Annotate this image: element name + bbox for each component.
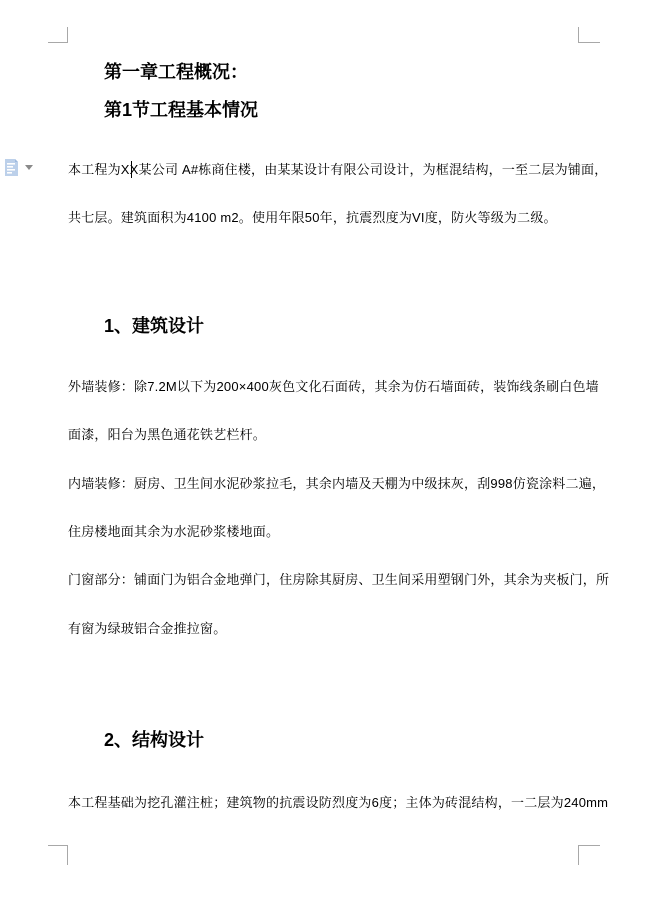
- section2-heading: 2、结构设计: [104, 730, 204, 750]
- exterior-wall-line-1: 外墙装修：除7.2M以下为200×400灰色文化石面砖，其余为仿石墙面砖，装饰线…: [68, 378, 599, 396]
- chapter-heading: 第一章工程概况：: [104, 62, 248, 82]
- margin-crop-mark-top-right: [578, 27, 600, 43]
- text-cursor: [131, 161, 132, 178]
- dropdown-arrow-icon: [25, 165, 33, 170]
- doors-windows-line-2: 有窗为绿玻铝合金推拉窗。: [68, 620, 226, 638]
- doors-windows-line-1: 门窗部分：铺面门为铝合金地弹门，住房除其厨房、卫生间采用塑钢门外，其余为夹板门，…: [68, 571, 609, 589]
- intro-paragraph-line-1: 本工程为XX某公司 A#栋商住楼，由某某设计有限公司设计，为框混结构，一至二层为…: [68, 161, 607, 179]
- section1-heading: 1、建筑设计: [104, 316, 204, 336]
- document-page: 第一章工程概况： 第1节工程基本情况 本工程为XX某公司 A#栋商住楼，由某某设…: [0, 0, 647, 905]
- margin-crop-mark-top-left: [48, 27, 68, 43]
- document-with-lines-icon: [4, 158, 19, 177]
- intro-paragraph-line-2: 共七层。建筑面积为4100 m2。使用年限50年，抗震烈度为VI度，防火等级为二…: [68, 209, 557, 227]
- interior-wall-line-1: 内墙装修：厨房、卫生间水泥砂浆拉毛，其余内墙及天棚为中级抹灰，刮998仿瓷涂料二…: [68, 475, 605, 493]
- autocorrect-options-button[interactable]: [4, 155, 38, 179]
- margin-crop-mark-bottom-right: [578, 845, 600, 865]
- structure-paragraph-line-1: 本工程基础为挖孔灌注桩；建筑物的抗震设防烈度为6度；主体为砖混结构，一二层为24…: [68, 794, 608, 812]
- interior-wall-line-2: 住房楼地面其余为水泥砂浆楼地面。: [68, 523, 279, 541]
- exterior-wall-line-2: 面漆，阳台为黑色通花铁艺栏杆。: [68, 426, 266, 444]
- section-heading: 第1节工程基本情况: [104, 100, 258, 120]
- margin-crop-mark-bottom-left: [48, 845, 68, 865]
